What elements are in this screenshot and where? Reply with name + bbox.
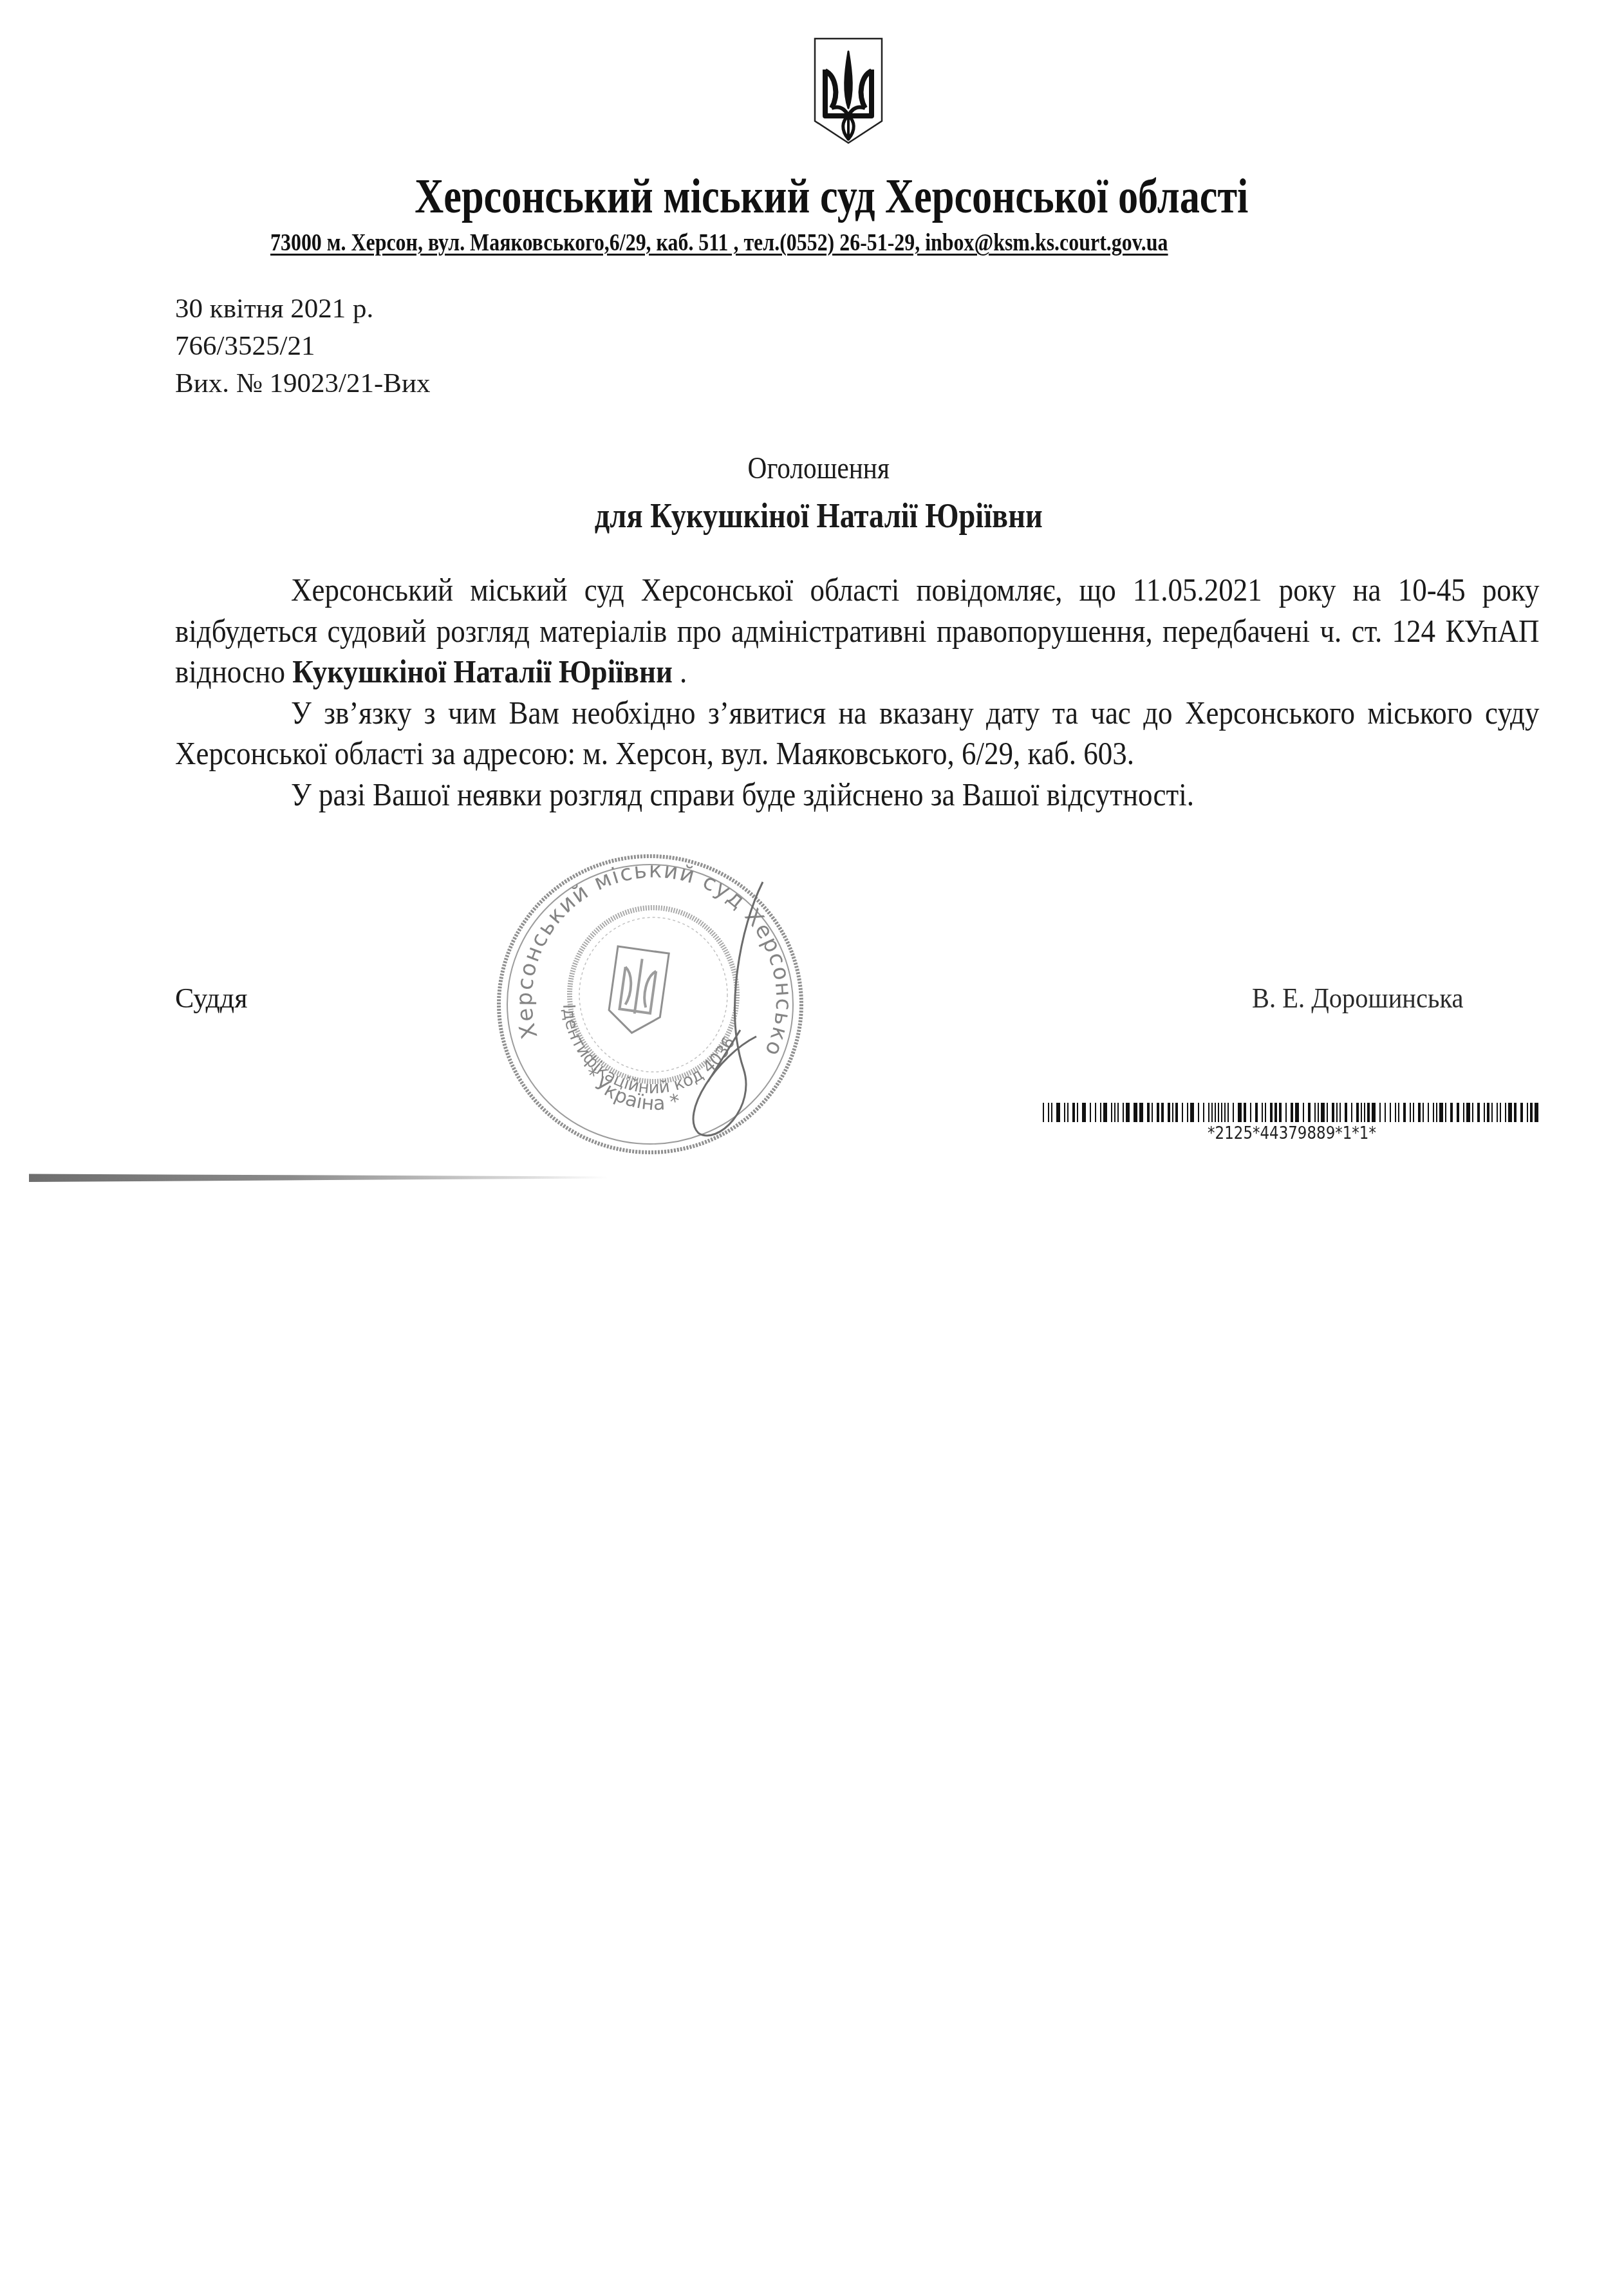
announcement-recipient: для Кукушкіної Наталії Юріївни [120, 496, 1517, 536]
scan-edge-shadow [29, 1173, 608, 1182]
announcement-body: Херсонський міський суд Херсонської обла… [175, 570, 1540, 815]
court-seal-stamp: Херсонський міський суд Херсонської обла… [486, 843, 821, 1165]
case-number: 766/3525/21 [175, 330, 315, 362]
court-name-heading: Херсонський міський суд Херсонської обла… [165, 169, 1497, 225]
ukraine-coat-of-arms-icon [812, 36, 884, 145]
barcode-icon [1043, 1103, 1541, 1122]
judge-name: В. Е. Дорошинська [1252, 982, 1463, 1015]
defendant-name: Кукушкіної Наталії Юріївни [292, 653, 673, 689]
announcement-title: Оголошення [120, 451, 1517, 486]
barcode-number: *2125*44379889*1*1* [1080, 1123, 1504, 1143]
stamp-coat-of-arms-icon [606, 946, 669, 1036]
body-paragraph-hearing: Херсонський міський суд Херсонської обла… [175, 570, 1540, 693]
document-date: 30 квітня 2021 р. [175, 293, 373, 324]
outgoing-number: Вих. № 19023/21-Вих [175, 368, 430, 399]
body-paragraph-absence: У разі Вашої неявки розгляд справи буде … [175, 774, 1540, 816]
body-paragraph-appearance: У зв’язку з чим Вам необхідно з’явитися … [175, 693, 1540, 774]
judge-role-label: Суддя [175, 982, 248, 1015]
court-address-line: 73000 м. Херсон, вул. Маяковського,6/29,… [270, 229, 1168, 257]
